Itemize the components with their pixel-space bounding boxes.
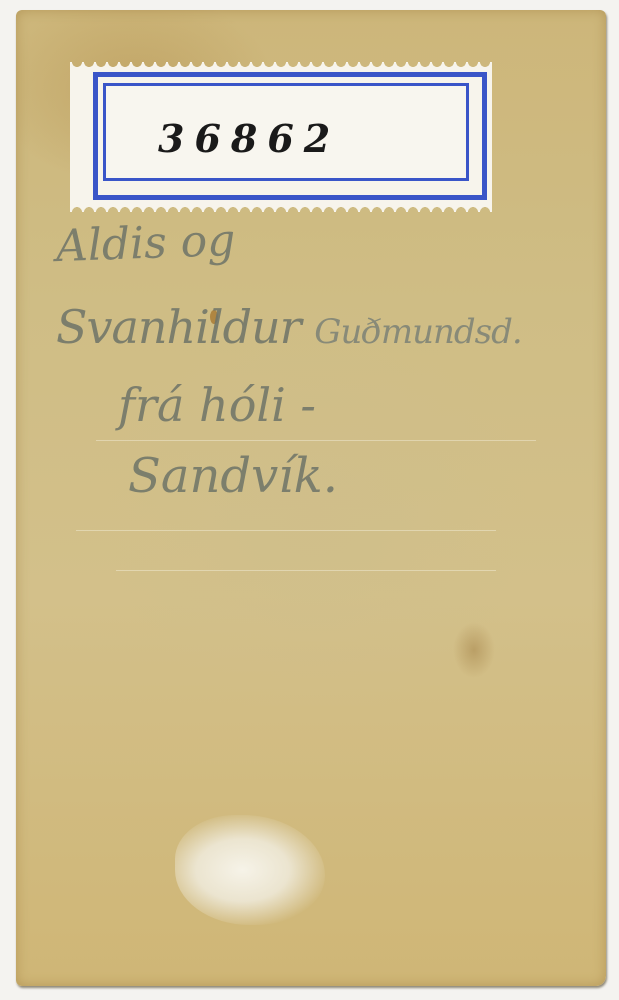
paper-fiber	[76, 530, 496, 531]
archive-number: 36862	[158, 116, 340, 161]
paper-fiber	[116, 570, 496, 571]
paper-fiber	[96, 440, 536, 441]
handwriting-first-name: Svanhildur	[56, 300, 301, 354]
handwriting-line-1: Aldis og	[55, 215, 236, 272]
handwriting-line-4: Sandvík.	[128, 448, 338, 504]
handwriting-line-2: Svanhildur Guðmundsd.	[56, 300, 522, 354]
handwriting-line-3: frá hóli -	[118, 378, 316, 432]
handwriting-patronymic: Guðmundsd.	[314, 312, 521, 352]
